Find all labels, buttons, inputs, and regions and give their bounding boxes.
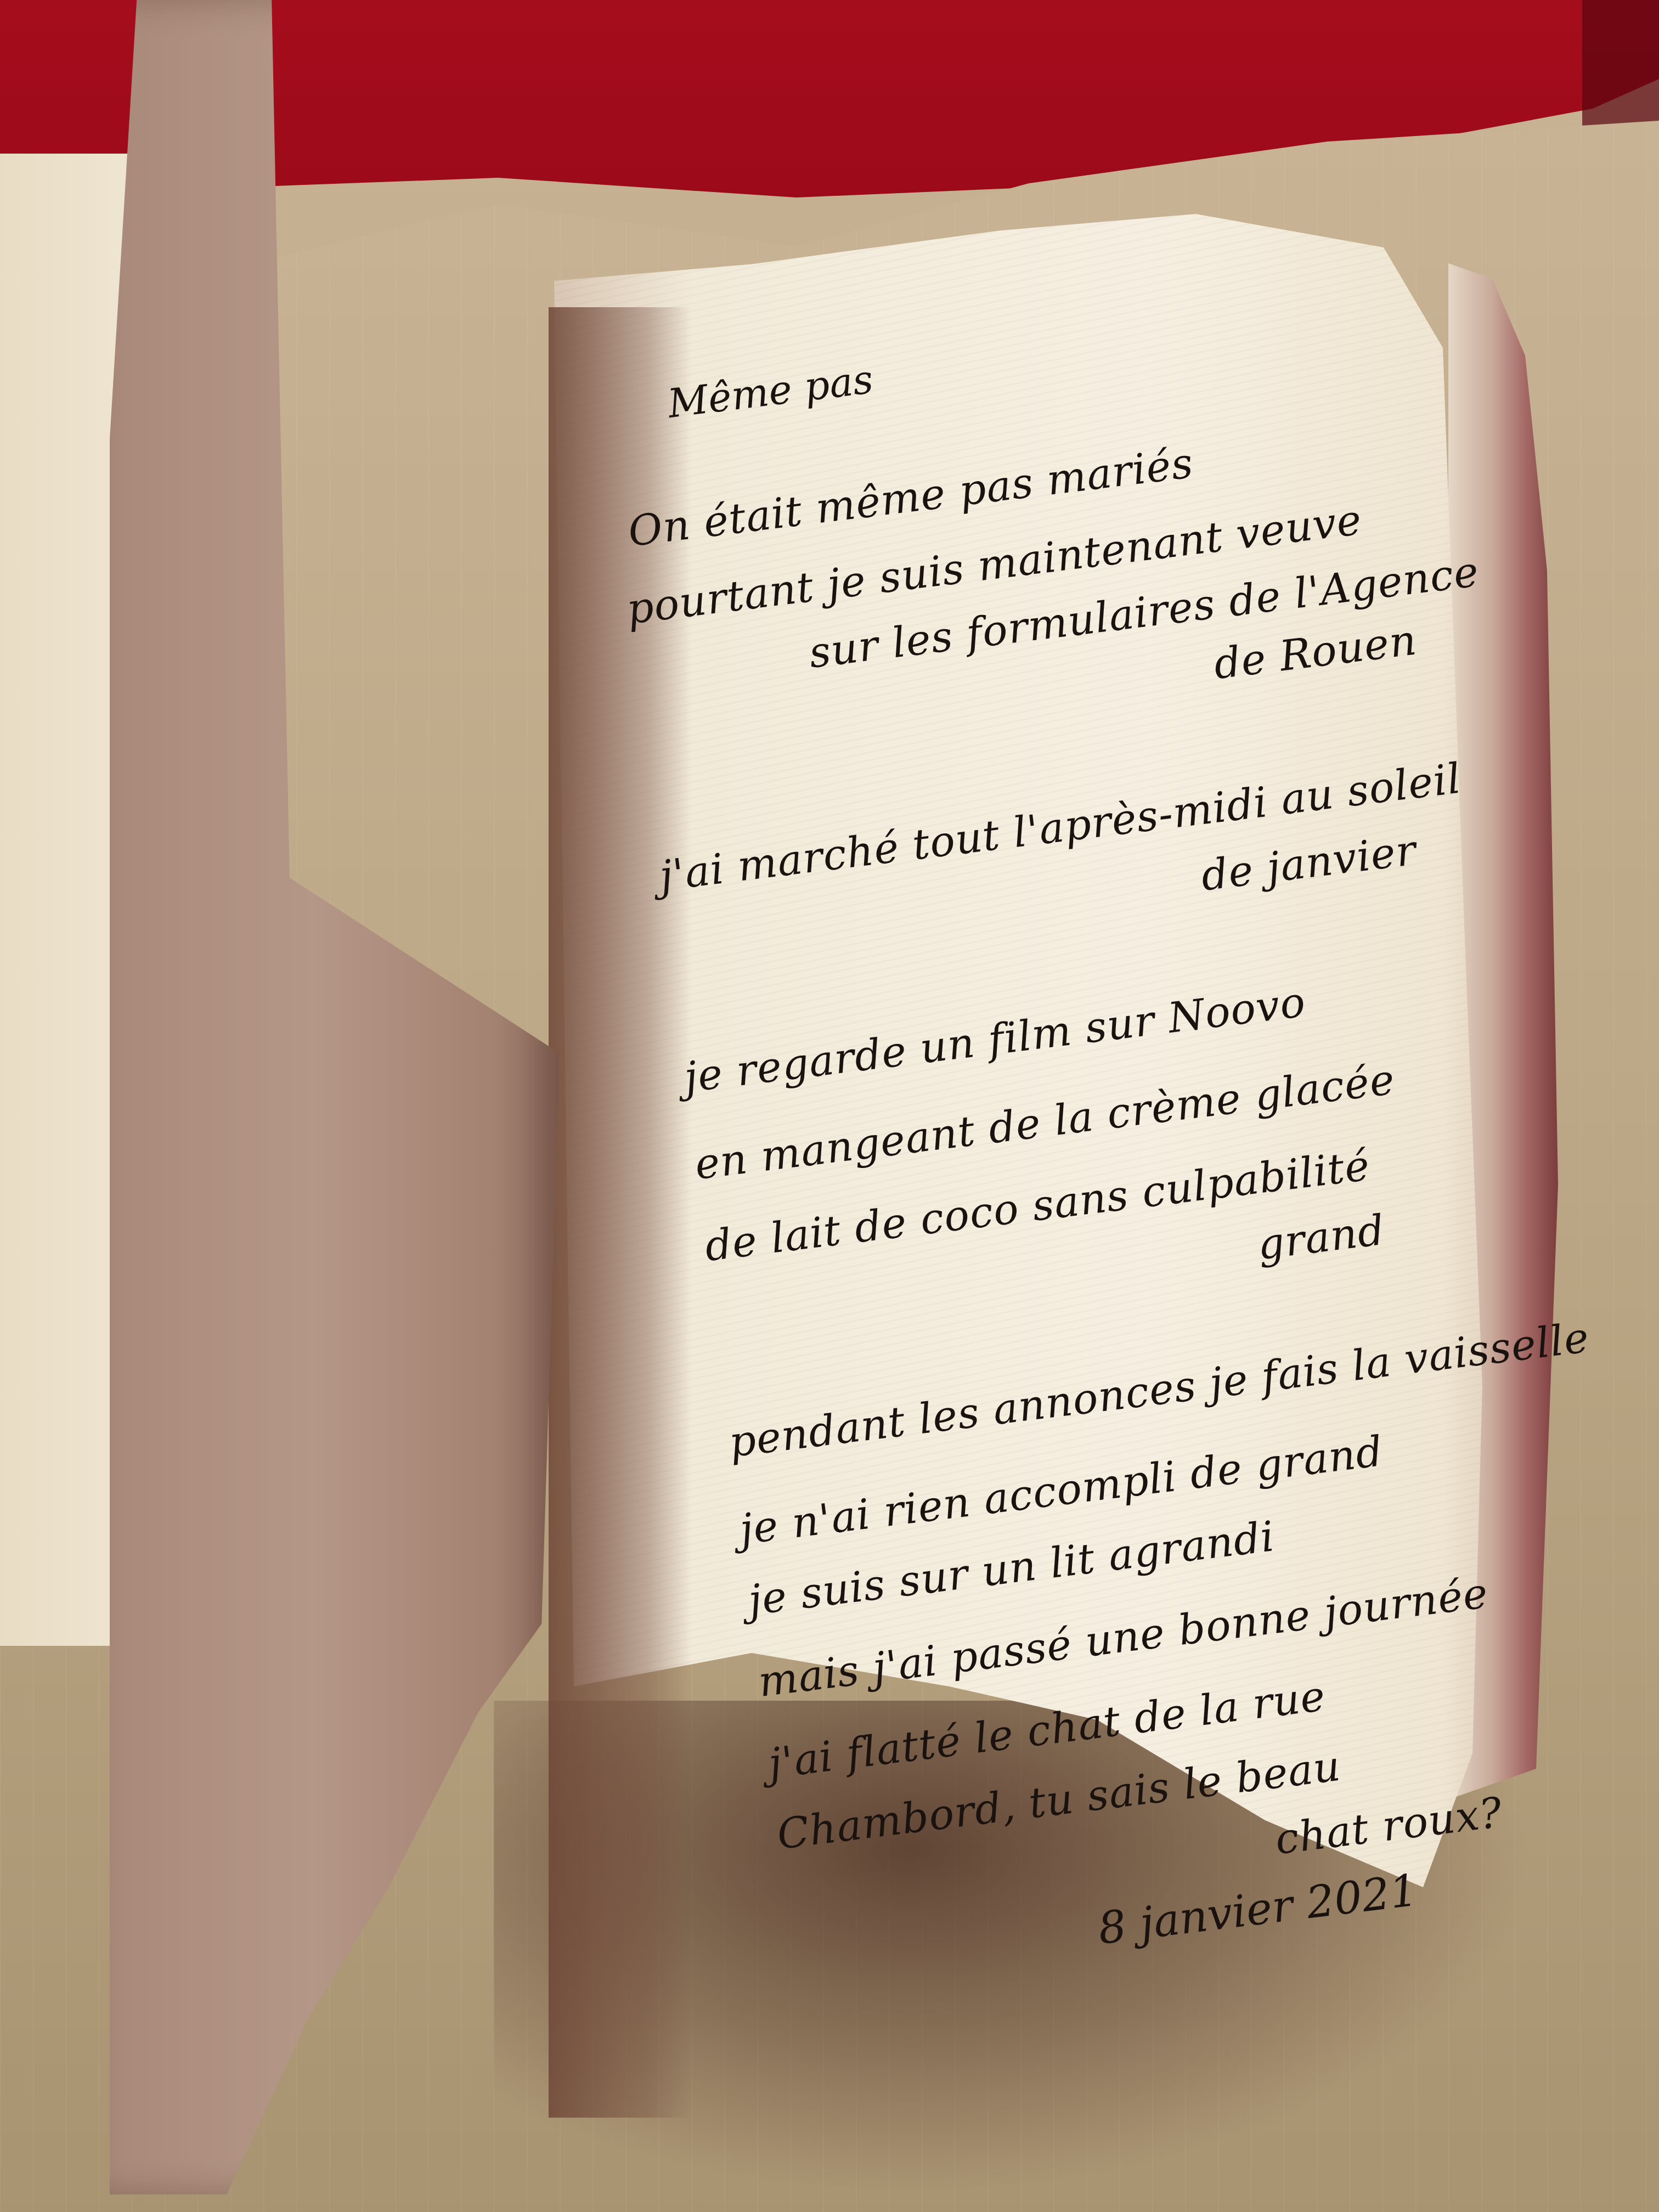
page-fold-shadow bbox=[549, 307, 691, 2118]
dark-fabric-corner bbox=[1582, 0, 1659, 143]
photo-scene: Même pas On était même pas mariés pourta… bbox=[0, 0, 1659, 2212]
